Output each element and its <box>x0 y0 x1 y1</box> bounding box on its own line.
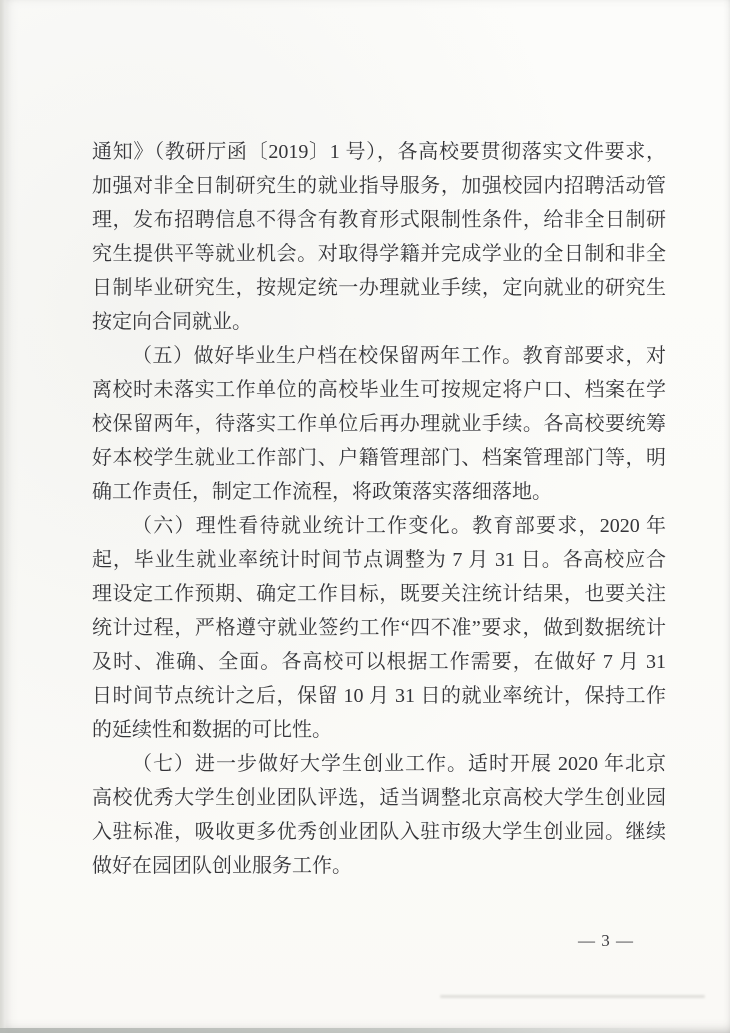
text-line: 离校时未落实工作单位的高校毕业生可按规定将户口、档案在学 <box>92 373 666 407</box>
text-line: 校保留两年，待落实工作单位后再办理就业手续。各高校要统筹 <box>92 407 666 441</box>
text-line: 的延续性和数据的可比性。 <box>92 713 666 747</box>
paragraph: （五）做好毕业生户档在校保留两年工作。教育部要求，对离校时未落实工作单位的高校毕… <box>92 339 666 509</box>
text-line: 确工作责任，制定工作流程，将政策落实落细落地。 <box>92 475 666 509</box>
document-page: 通知》（教研厅函〔2019〕1 号），各高校要贯彻落实文件要求，加强对非全日制研… <box>0 0 730 1033</box>
text-line: 做好在园团队创业服务工作。 <box>92 849 666 883</box>
text-line: 日制毕业研究生，按规定统一办理就业手续，定向就业的研究生 <box>92 271 666 305</box>
text-line: 日时间节点统计之后，保留 10 月 31 日的就业率统计，保持工作 <box>92 679 666 713</box>
paragraph: 通知》（教研厅函〔2019〕1 号），各高校要贯彻落实文件要求，加强对非全日制研… <box>92 135 666 339</box>
text-line: 好本校学生就业工作部门、户籍管理部门、档案管理部门等，明 <box>92 441 666 475</box>
scan-edge-left <box>0 0 8 1033</box>
page-number: — 3 — <box>566 931 646 951</box>
text-line: 按定向合同就业。 <box>92 305 666 339</box>
text-line: 究生提供平等就业机会。对取得学籍并完成学业的全日制和非全 <box>92 237 666 271</box>
text-line: 高校优秀大学生创业团队评选，适当调整北京高校大学生创业园 <box>92 781 666 815</box>
scan-edge-bottom <box>0 1028 730 1033</box>
text-line: 理，发布招聘信息不得含有教育形式限制性条件，给非全日制研 <box>92 203 666 237</box>
text-line: 统计过程，严格遵守就业签约工作“四不准”要求，做到数据统计 <box>92 611 666 645</box>
text-line: （七）进一步做好大学生创业工作。适时开展 2020 年北京 <box>92 747 666 781</box>
text-line: （六）理性看待就业统计工作变化。教育部要求，2020 年 <box>92 509 666 543</box>
text-line: 通知》（教研厅函〔2019〕1 号），各高校要贯彻落实文件要求， <box>92 135 666 169</box>
text-line: 入驻标准，吸收更多优秀创业团队入驻市级大学生创业园。继续 <box>92 815 666 849</box>
text-line: 及时、准确、全面。各高校可以根据工作需要，在做好 7 月 31 <box>92 645 666 679</box>
text-line: 起，毕业生就业率统计时间节点调整为 7 月 31 日。各高校应合 <box>92 543 666 577</box>
text-line: 理设定工作预期、确定工作目标，既要关注统计结果，也要关注 <box>92 577 666 611</box>
paragraph: （七）进一步做好大学生创业工作。适时开展 2020 年北京高校优秀大学生创业团队… <box>92 747 666 883</box>
text-line: 加强对非全日制研究生的就业指导服务，加强校园内招聘活动管 <box>92 169 666 203</box>
scan-smudge <box>440 995 705 998</box>
document-body: 通知》（教研厅函〔2019〕1 号），各高校要贯彻落实文件要求，加强对非全日制研… <box>92 135 666 883</box>
text-line: （五）做好毕业生户档在校保留两年工作。教育部要求，对 <box>92 339 666 373</box>
paragraph: （六）理性看待就业统计工作变化。教育部要求，2020 年起，毕业生就业率统计时间… <box>92 509 666 747</box>
